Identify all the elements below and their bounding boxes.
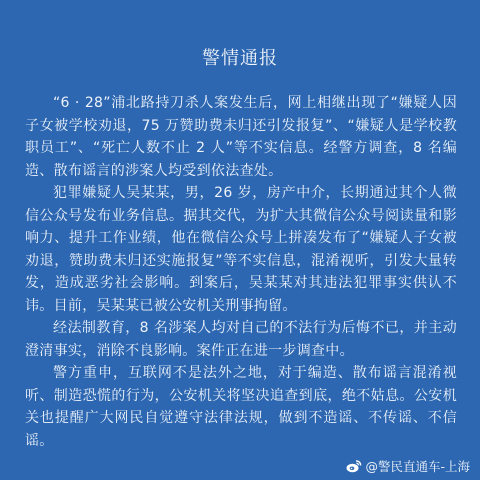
paragraph-suspect: 犯罪嫌疑人吴某某，男，26 岁，房产中介，长期通过其个人微信公众号发布业务信息。… xyxy=(25,182,457,317)
weibo-watermark: @警民直通车-上海 xyxy=(346,457,470,475)
watermark-text: @警民直通车-上海 xyxy=(365,457,470,475)
paragraph-education: 经法制教育，8 名涉案人均对自己的不法行为后悔不已，并主动澄清事实，消除不良影响… xyxy=(25,317,457,362)
weibo-icon xyxy=(346,459,362,473)
document-body: “6 · 28”浦北路持刀杀人案发生后，网上相继出现了“嫌疑人因子女被学校劝退，… xyxy=(25,92,457,452)
document-title: 警情通报 xyxy=(0,44,480,70)
paragraph-rumors: “6 · 28”浦北路持刀杀人案发生后，网上相继出现了“嫌疑人因子女被学校劝退，… xyxy=(25,92,457,182)
paragraph-warning: 警方重申，互联网不是法外之地，对于编造、散布谣言混淆视听、制造恐慌的行为，公安机… xyxy=(25,362,457,452)
